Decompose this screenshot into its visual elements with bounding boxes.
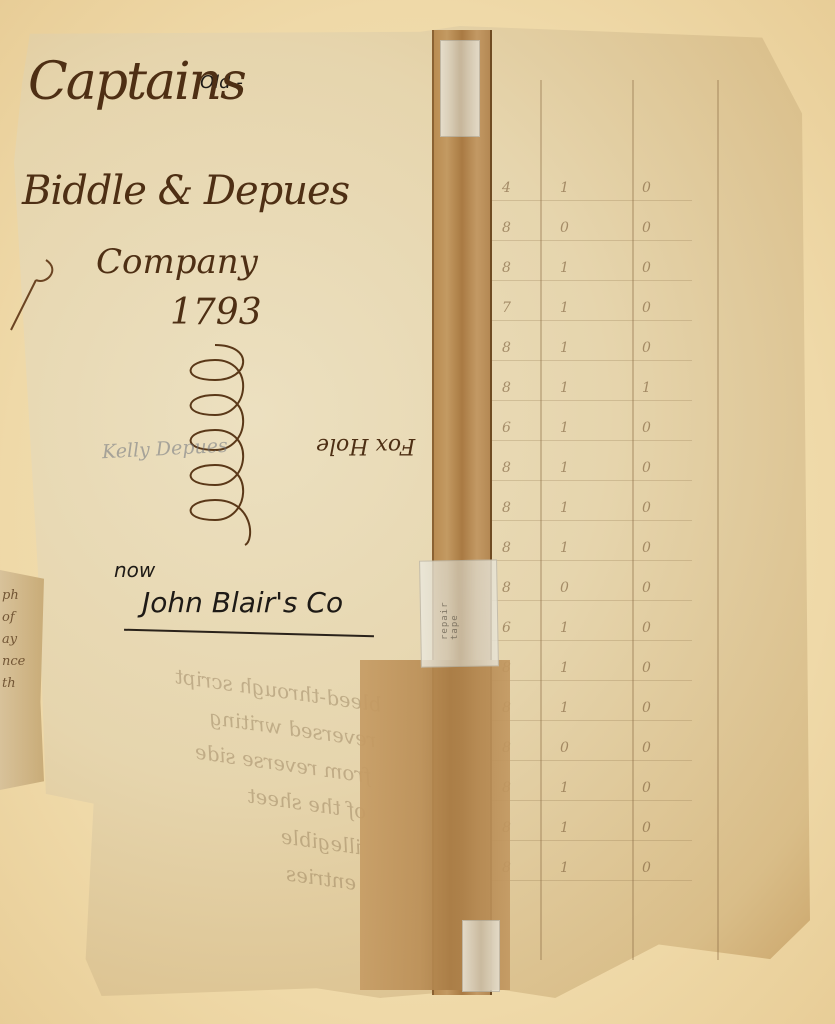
ledger-mark: 0 [642, 620, 651, 636]
ledger-mark: 6 [502, 620, 511, 636]
ledger-mark: 0 [642, 740, 651, 756]
ledger-mark: 1 [560, 820, 569, 836]
fragment-line: th [2, 673, 42, 695]
tape-stamp-text: repair tape [440, 570, 470, 640]
ledger-mark: 8 [502, 580, 511, 596]
ledger-mark: 4 [502, 180, 511, 196]
bleed-through-text: bleed-through script reversed writing fr… [126, 655, 384, 901]
ledger-mark: 0 [642, 260, 651, 276]
ledger-mark: 1 [560, 380, 569, 396]
tape-strip-top [440, 40, 480, 137]
ledger-row-rule [492, 240, 692, 241]
ledger-mark: 0 [642, 700, 651, 716]
ledger-row-rule [492, 880, 692, 881]
ledger-mark: 1 [560, 620, 569, 636]
ledger-row-rule [492, 760, 692, 761]
ledger-row-rule [492, 200, 692, 201]
rotated-note-fox-hole: Fox Hole [316, 432, 436, 458]
ledger-mark: 1 [560, 420, 569, 436]
ledger-mark: 0 [560, 740, 569, 756]
ledger-mark: 1 [560, 780, 569, 796]
ledger-row-rule [492, 680, 692, 681]
ledger-mark: 0 [642, 220, 651, 236]
ledger-mark: 8 [502, 340, 511, 356]
captain-names: Biddle & Depues [22, 168, 349, 214]
ledger-row-rule [492, 640, 692, 641]
ledger-mark: 0 [642, 860, 651, 876]
ledger-mark: 1 [560, 180, 569, 196]
ledger-mark: 0 [642, 340, 651, 356]
ledger-mark: 1 [560, 340, 569, 356]
fragment-line: ay [2, 629, 42, 651]
ledger-mark: 8 [502, 220, 511, 236]
ledger-row-rule [492, 520, 692, 521]
ledger-mark: 1 [560, 860, 569, 876]
ledger-mark: 1 [560, 460, 569, 476]
fragment-text: ph of ay nce th [2, 585, 42, 695]
ledger-mark: 0 [642, 300, 651, 316]
ledger-row-rule [492, 720, 692, 721]
ledger-mark: 0 [642, 180, 651, 196]
ledger-row-rule [492, 320, 692, 321]
ledger-mark: 8 [502, 460, 511, 476]
fragment-line: ph [2, 585, 42, 607]
ledger-mark: 0 [642, 580, 651, 596]
ledger-mark: 0 [642, 420, 651, 436]
ledger-mark: 1 [560, 500, 569, 516]
ledger-mark: 8 [502, 500, 511, 516]
ledger-mark: 0 [642, 500, 651, 516]
ledger-mark: 0 [560, 220, 569, 236]
fragment-line: nce [2, 651, 42, 673]
ledger-mark: 0 [642, 780, 651, 796]
ledger-row-rule [492, 600, 692, 601]
ledger-mark: 0 [642, 660, 651, 676]
ledger-mark: 1 [560, 700, 569, 716]
ledger-row-rule [492, 440, 692, 441]
year: 1793 [170, 292, 262, 333]
ledger-mark: 0 [642, 460, 651, 476]
ledger-mark: 6 [502, 420, 511, 436]
ledger-mark: 8 [502, 540, 511, 556]
ledger-row-rule [492, 560, 692, 561]
ledger-grid: 488788688886888888 101111111101110111 00… [492, 80, 802, 960]
ledger-mark: 1 [560, 300, 569, 316]
ledger-row-rule [492, 400, 692, 401]
margin-stroke-icon [6, 250, 66, 340]
ledger-mark: 1 [560, 540, 569, 556]
ledger-row-rule [492, 840, 692, 841]
fragment-line: of [2, 607, 42, 629]
ledger-mark: 1 [560, 260, 569, 276]
later-note-prefix: now [114, 558, 155, 582]
ledger-mark: 0 [642, 540, 651, 556]
company-label: Company [96, 242, 258, 282]
ledger-mark: 0 [560, 580, 569, 596]
ledger-rule [717, 80, 719, 960]
ledger-row-rule [492, 280, 692, 281]
heading-captains: Captains [28, 52, 245, 112]
tape-strip-bottom [462, 920, 500, 992]
ledger-mark: 1 [560, 660, 569, 676]
ledger-mark: 7 [502, 300, 511, 316]
ledger-mark: 1 [642, 380, 651, 396]
ledger-row-rule [492, 360, 692, 361]
ledger-mark: 8 [502, 380, 511, 396]
ledger-row-rule [492, 480, 692, 481]
later-note-john-blair: John Blair's Co [142, 586, 343, 619]
ledger-row-rule [492, 800, 692, 801]
ledger-mark: 0 [642, 820, 651, 836]
ledger-mark: 8 [502, 260, 511, 276]
